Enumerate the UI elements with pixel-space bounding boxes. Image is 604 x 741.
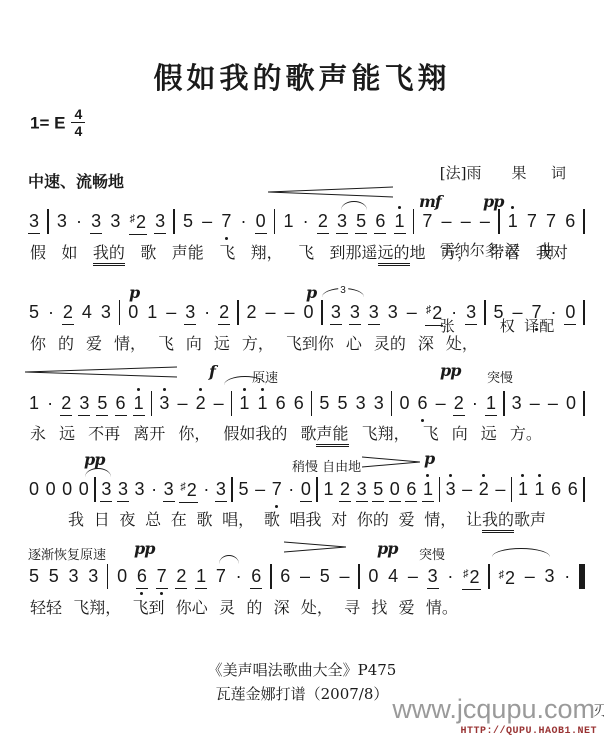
barline bbox=[316, 477, 318, 502]
lyric-group: 处， bbox=[301, 595, 333, 618]
note-token: 0 bbox=[255, 209, 267, 234]
barline bbox=[237, 300, 239, 325]
lyric-group: 你， bbox=[178, 421, 210, 444]
dynamic-mark: f bbox=[209, 362, 215, 381]
note-token: 5 bbox=[337, 391, 349, 415]
note-token: 7 bbox=[215, 564, 227, 588]
tempo-mark: 突慢 bbox=[419, 544, 445, 563]
note-token: 2 bbox=[246, 300, 258, 324]
note-token: 6 bbox=[275, 391, 287, 415]
note-token: 5 bbox=[318, 391, 330, 415]
octave-dot-high bbox=[398, 206, 401, 209]
lyric-group: 飞翔， bbox=[362, 421, 410, 444]
note-token: 7 bbox=[526, 209, 538, 233]
note-token: 3 bbox=[355, 391, 367, 415]
note-token: 3 bbox=[387, 300, 399, 324]
note-token: 1 bbox=[485, 391, 497, 416]
dynamic-mark: pp bbox=[84, 450, 104, 469]
lyric-group: 远 bbox=[214, 331, 230, 354]
source-reference: 《美声唱法歌曲大全》P475 bbox=[0, 659, 604, 680]
note-token: 3 bbox=[87, 564, 99, 588]
lyric-group: 我对 bbox=[536, 240, 568, 263]
lyrics-row-3: 永远不再离开你，假如我的歌声能飞翔，飞向远方。 bbox=[30, 421, 542, 444]
note-token: 6 bbox=[115, 391, 127, 416]
dynamic-mark: pp bbox=[440, 361, 460, 380]
note-token: 3 bbox=[373, 391, 385, 415]
dash-duration: – bbox=[201, 209, 213, 233]
barline bbox=[583, 209, 585, 234]
note-token: 7 bbox=[156, 564, 168, 589]
note-token: 3 bbox=[28, 209, 40, 234]
note-token: ♯2 bbox=[129, 207, 148, 235]
augmentation-dot: · bbox=[302, 209, 310, 233]
note-token: 3 bbox=[154, 209, 166, 234]
note-token: 1 bbox=[195, 564, 207, 589]
octave-dot-high bbox=[482, 474, 485, 477]
key-signature: 1= E44 bbox=[30, 110, 85, 138]
lyrics-row-2: 你的爱情，飞向远方，飞到你心灵的深处， bbox=[30, 331, 478, 354]
lyric-group: 飞 bbox=[423, 421, 439, 444]
note-token: 1 bbox=[256, 391, 268, 415]
note-token: 2 bbox=[218, 300, 230, 325]
note-token: 3 bbox=[134, 477, 146, 501]
decrescendo-hairpin bbox=[362, 455, 420, 473]
barline bbox=[583, 477, 585, 502]
dash-duration: – bbox=[441, 209, 453, 233]
lyric-group: 飞到你 bbox=[286, 331, 334, 354]
note-token: 6 bbox=[405, 477, 417, 502]
lyric-underlined: 我的 bbox=[93, 243, 125, 266]
note-token: ♯2 bbox=[179, 475, 198, 503]
barline bbox=[498, 209, 500, 234]
note-token: 3 bbox=[465, 300, 477, 325]
note-token: 3 bbox=[90, 209, 102, 234]
octave-dot-high bbox=[521, 474, 524, 477]
time-signature-denominator: 4 bbox=[71, 123, 85, 138]
octave-dot-high bbox=[199, 388, 202, 391]
dash-duration: – bbox=[479, 209, 491, 233]
note-token: 3 bbox=[511, 391, 523, 415]
watermark-url-text: HTTP://QUPU.HAOB1.NET bbox=[460, 726, 597, 737]
lyric-group: 你心 bbox=[176, 595, 208, 618]
dash-duration: – bbox=[299, 564, 311, 588]
note-token: 3 bbox=[330, 300, 342, 325]
lyric-group: 在 bbox=[171, 507, 187, 530]
augmentation-dot: · bbox=[47, 300, 55, 324]
barline bbox=[231, 477, 233, 502]
sharp-accidental: ♯ bbox=[180, 481, 186, 493]
lyric-group: 处， bbox=[446, 331, 478, 354]
note-token: 4 bbox=[81, 300, 93, 324]
augmentation-dot: · bbox=[450, 300, 458, 324]
note-token: 7 bbox=[545, 209, 557, 233]
note-token: 0 bbox=[28, 477, 40, 501]
time-signature-numerator: 4 bbox=[71, 107, 85, 123]
dash-duration: – bbox=[435, 391, 447, 415]
note-token: 3 bbox=[445, 477, 457, 501]
lyric-group: 的 bbox=[246, 595, 262, 618]
lyric-group: 情。 bbox=[426, 595, 458, 618]
lyric-group: 方， bbox=[441, 240, 473, 263]
lyric-group: 让我的歌声 bbox=[466, 507, 546, 530]
note-token: 2 bbox=[339, 477, 351, 502]
note-token: 1 bbox=[394, 209, 406, 234]
lyric-group: 爱 bbox=[399, 595, 415, 618]
note-token: 1 bbox=[517, 477, 529, 501]
lyric-group: 向 bbox=[186, 331, 202, 354]
lyric-group: 飞 bbox=[158, 331, 174, 354]
dash-duration: – bbox=[213, 391, 225, 415]
lyric-group: 假如我的 bbox=[223, 421, 287, 444]
dash-duration: – bbox=[529, 391, 541, 415]
dash-duration: – bbox=[254, 477, 266, 501]
barline bbox=[484, 300, 486, 325]
note-token: 5 bbox=[372, 477, 384, 502]
note-token: 2 bbox=[195, 391, 207, 415]
note-token: 3 bbox=[67, 564, 79, 588]
watermark-edge-glyph: 刃 bbox=[593, 699, 604, 720]
sharp-accidental: ♯ bbox=[426, 304, 432, 316]
lyric-group: 不再 bbox=[88, 421, 120, 444]
lyric-group: 如 bbox=[61, 240, 77, 263]
augmentation-dot: · bbox=[203, 300, 211, 324]
note-token: 3 bbox=[100, 300, 112, 324]
note-token: 3 bbox=[427, 564, 439, 589]
note-token: 2 bbox=[453, 391, 465, 416]
note-token: 5 bbox=[355, 209, 367, 234]
dash-duration: – bbox=[524, 564, 536, 588]
note-token: 0 bbox=[389, 477, 401, 502]
sharp-accidental: ♯ bbox=[463, 568, 469, 580]
note-token: 5 bbox=[96, 391, 108, 416]
notes-row-3: 1·235613–2–1166553306–2·13––0 bbox=[28, 390, 585, 416]
barline bbox=[583, 391, 585, 416]
note-token: 5 bbox=[493, 300, 505, 324]
note-token: 3 bbox=[100, 477, 112, 502]
note-token: 6 bbox=[564, 209, 576, 233]
dash-duration: – bbox=[460, 209, 472, 233]
note-token: 1 bbox=[507, 209, 519, 233]
lyric-group: 永 bbox=[30, 421, 46, 444]
octave-dot-high bbox=[511, 206, 514, 209]
sharp-accidental: ♯ bbox=[130, 213, 136, 225]
note-token: 0 bbox=[398, 391, 410, 415]
note-token: 0 bbox=[300, 477, 312, 502]
note-token: 3 bbox=[368, 300, 380, 325]
barline bbox=[413, 209, 415, 234]
barline bbox=[94, 477, 96, 502]
lyric-group: 情， bbox=[424, 507, 456, 530]
barline bbox=[173, 209, 175, 234]
note-token: ♯2 bbox=[498, 563, 517, 590]
dash-duration: – bbox=[512, 300, 524, 324]
barline bbox=[583, 300, 585, 325]
tempo-mark: 突慢 bbox=[487, 367, 513, 386]
dash-duration: – bbox=[176, 391, 188, 415]
notes-row-1: 33·33♯235–7·01·235617–––1776 bbox=[28, 208, 585, 234]
lyric-group: 轻轻 bbox=[30, 595, 62, 618]
lyric-group: 向 bbox=[452, 421, 468, 444]
dash-duration: – bbox=[407, 564, 419, 588]
barline bbox=[270, 564, 272, 589]
barline bbox=[511, 477, 513, 502]
lyric-group: 歌 bbox=[140, 240, 156, 263]
tempo-mark: 原速 bbox=[252, 367, 278, 386]
dynamic-mark: pp bbox=[134, 539, 154, 558]
note-token: 6 bbox=[567, 477, 579, 501]
lyric-group: 远 bbox=[481, 421, 497, 444]
lyric-group: 心 bbox=[346, 331, 362, 354]
note-token: 2 bbox=[478, 477, 490, 501]
lyric-group: 离开 bbox=[133, 421, 165, 444]
note-token: 6 bbox=[136, 564, 148, 589]
note-token: 0 bbox=[78, 477, 90, 501]
note-token: 3 bbox=[349, 300, 361, 325]
note-token: 1 bbox=[283, 209, 295, 233]
octave-dot-high bbox=[449, 474, 452, 477]
note-token: 5 bbox=[48, 564, 60, 588]
augmentation-dot: · bbox=[446, 564, 454, 588]
dash-duration: – bbox=[494, 477, 506, 501]
barline bbox=[321, 300, 323, 325]
augmentation-dot: · bbox=[75, 209, 83, 233]
lyric-group: 找 bbox=[371, 595, 387, 618]
lyric-group: 飞 bbox=[219, 240, 235, 263]
lyric-group: 爱 bbox=[86, 331, 102, 354]
lyric-group: 方， bbox=[242, 331, 274, 354]
lyric-group: 歌 bbox=[264, 507, 280, 530]
note-token: 7 bbox=[530, 300, 542, 324]
note-token: 2 bbox=[317, 209, 329, 234]
barline bbox=[311, 391, 313, 416]
note-token: 3 bbox=[109, 209, 121, 233]
lyric-group: 我的 bbox=[93, 240, 125, 263]
triplet-number: 3 bbox=[338, 285, 348, 296]
lyric-group: 寻 bbox=[344, 595, 360, 618]
octave-dot-high bbox=[163, 388, 166, 391]
note-token: 1 bbox=[146, 300, 158, 324]
note-token: 5 bbox=[319, 564, 331, 588]
sharp-accidental: ♯ bbox=[499, 569, 505, 581]
lyric-group: 深 bbox=[274, 595, 290, 618]
lyric-group: 歌声能 bbox=[300, 421, 348, 444]
note-token: 3 bbox=[117, 477, 129, 502]
octave-dot-high bbox=[426, 474, 429, 477]
lyric-group: 爱 bbox=[399, 507, 415, 530]
barline bbox=[47, 209, 49, 234]
note-token: 0 bbox=[565, 391, 577, 415]
note-token: 0 bbox=[367, 564, 379, 588]
lyric-group: 对 bbox=[331, 507, 347, 530]
watermark-site-text: www.jcqupu.com bbox=[392, 694, 595, 725]
note-token: 3 bbox=[543, 564, 555, 588]
song-title: 假如我的歌声能飞翔 bbox=[0, 56, 604, 97]
dynamic-mark: p bbox=[424, 449, 434, 468]
lyric-underlined: 远的 bbox=[378, 243, 410, 266]
barline bbox=[119, 300, 121, 325]
octave-dot-high bbox=[261, 388, 264, 391]
lyric-group: 深 bbox=[418, 331, 434, 354]
note-token: 1 bbox=[322, 477, 334, 501]
lyric-group: 你 bbox=[30, 331, 46, 354]
note-token: 3 bbox=[184, 300, 196, 325]
time-signature: 44 bbox=[71, 107, 85, 138]
crescendo-hairpin bbox=[268, 185, 393, 203]
note-token: 1 bbox=[534, 477, 546, 501]
dash-duration: – bbox=[406, 300, 418, 324]
lyric-group: 假 bbox=[30, 240, 46, 263]
lyric-group: 带着 bbox=[488, 240, 520, 263]
note-token: 5 bbox=[238, 477, 250, 501]
sheet-music-page: 假如我的歌声能飞翔 1= E44 [法]雨 果 词 雷纳尔多·汉 曲 张 权 译… bbox=[0, 0, 604, 741]
barline bbox=[503, 391, 505, 416]
key-prefix: 1= E bbox=[30, 113, 65, 132]
crescendo-hairpin bbox=[25, 365, 177, 383]
note-token: 6 bbox=[374, 209, 386, 234]
notes-row-4: 0000333·3♯2·35–7·012350613–2–1166 bbox=[28, 476, 585, 502]
note-token: ♯2 bbox=[425, 298, 444, 326]
note-token: 1 bbox=[28, 391, 40, 415]
note-token: 6 bbox=[250, 564, 262, 589]
augmentation-dot: · bbox=[46, 391, 54, 415]
augmentation-dot: · bbox=[150, 477, 158, 501]
note-token: 3 bbox=[158, 391, 170, 415]
octave-dot-low bbox=[535, 328, 538, 331]
barline bbox=[151, 391, 153, 416]
dash-duration: – bbox=[165, 300, 177, 324]
note-token: 7 bbox=[271, 477, 283, 501]
note-token: 0 bbox=[61, 477, 73, 501]
note-token: 7 bbox=[421, 209, 433, 233]
notes-row-2: 5·24301–3·22––03333–♯2·35–7·0 bbox=[28, 299, 585, 325]
note-token: 0 bbox=[127, 300, 139, 324]
augmentation-dot: · bbox=[240, 209, 248, 233]
note-token: 2 bbox=[62, 300, 74, 325]
note-token: 6 bbox=[293, 391, 305, 415]
note-token: 0 bbox=[302, 300, 314, 324]
decrescendo-hairpin bbox=[284, 540, 346, 558]
dash-duration: – bbox=[338, 564, 350, 588]
lyric-group: 唱， bbox=[222, 507, 254, 530]
note-token: 5 bbox=[28, 300, 40, 324]
barline bbox=[231, 391, 233, 416]
lyric-group: 方。 bbox=[510, 421, 542, 444]
barline bbox=[107, 564, 109, 589]
barline bbox=[358, 564, 360, 589]
dash-duration: – bbox=[283, 300, 295, 324]
note-token: 6 bbox=[279, 564, 291, 588]
note-token: 1 bbox=[238, 391, 250, 415]
lyric-group: 飞翔， bbox=[73, 595, 121, 618]
lyrics-row-1: 假如我的歌声能飞翔，飞到那遥远的地方，带着我对 bbox=[30, 240, 568, 263]
note-token: 4 bbox=[387, 564, 399, 588]
note-token: ♯2 bbox=[462, 562, 481, 590]
lyric-group: 飞 bbox=[298, 240, 314, 263]
lyric-group: 翔， bbox=[251, 240, 283, 263]
barline bbox=[439, 477, 441, 502]
lyric-group: 你的 bbox=[357, 507, 389, 530]
slur-arc bbox=[492, 548, 550, 557]
octave-dot-high bbox=[243, 388, 246, 391]
dynamic-mark: pp bbox=[377, 539, 397, 558]
augmentation-dot: · bbox=[471, 391, 479, 415]
lyric-group: 夜 bbox=[119, 507, 135, 530]
lyric-group: 唱我 bbox=[290, 507, 322, 530]
lyric-group: 飞到 bbox=[133, 595, 165, 618]
lyric-group: 的 bbox=[58, 331, 74, 354]
octave-dot-high bbox=[538, 474, 541, 477]
lyric-underlined: 我的 bbox=[482, 510, 514, 533]
note-token: 5 bbox=[182, 209, 194, 233]
augmentation-dot: · bbox=[235, 564, 243, 588]
note-token: 7 bbox=[220, 209, 232, 233]
note-token: 2 bbox=[60, 391, 72, 416]
note-token: 0 bbox=[564, 300, 576, 325]
lyric-underlined: 声能 bbox=[316, 424, 348, 447]
lyric-group: 日 bbox=[94, 507, 110, 530]
lyricist-credit: [法]雨 果 词 bbox=[440, 161, 566, 187]
notes-row-5: 5533067217·66–5–04–3·♯2♯2–3· bbox=[28, 563, 585, 589]
barline bbox=[274, 209, 276, 234]
note-token: 2 bbox=[175, 564, 187, 589]
tempo-mark: 逐渐恢复原速 bbox=[28, 544, 106, 563]
note-token: 3 bbox=[56, 209, 68, 233]
note-token: 3 bbox=[356, 477, 368, 502]
note-token: 5 bbox=[28, 564, 40, 588]
augmentation-dot: · bbox=[563, 564, 571, 588]
lyric-group: 远 bbox=[59, 421, 75, 444]
note-token: 6 bbox=[417, 391, 429, 415]
lyrics-row-4: 我日夜总在歌唱，歌唱我对你的爱情，让我的歌声 bbox=[68, 507, 546, 530]
tempo-heading: 中速、流畅地 bbox=[28, 169, 124, 192]
lyric-group: 声能 bbox=[172, 240, 204, 263]
note-token: 6 bbox=[550, 477, 562, 501]
augmentation-dot: · bbox=[549, 300, 557, 324]
note-token: 3 bbox=[163, 477, 175, 502]
dash-duration: – bbox=[547, 391, 559, 415]
barline bbox=[488, 564, 490, 589]
note-token: 1 bbox=[133, 391, 145, 416]
dash-duration: – bbox=[265, 300, 277, 324]
note-token: 0 bbox=[45, 477, 57, 501]
lyric-group: 到那遥远的地 bbox=[330, 240, 426, 263]
barline bbox=[391, 391, 393, 416]
final-barline bbox=[579, 564, 585, 589]
lyric-group: 我 bbox=[68, 507, 84, 530]
lyrics-row-5: 轻轻飞翔，飞到你心灵的深处，寻找爱情。 bbox=[30, 595, 458, 618]
octave-dot-high bbox=[137, 388, 140, 391]
note-token: 3 bbox=[215, 477, 227, 502]
augmentation-dot: · bbox=[287, 477, 295, 501]
lyric-group: 总 bbox=[145, 507, 161, 530]
note-token: 3 bbox=[78, 391, 90, 416]
dash-duration: – bbox=[461, 477, 473, 501]
note-token: 3 bbox=[336, 209, 348, 234]
lyric-group: 灵的 bbox=[374, 331, 406, 354]
note-token: 1 bbox=[422, 477, 434, 502]
lyric-group: 情， bbox=[114, 331, 146, 354]
lyric-group: 灵 bbox=[219, 595, 235, 618]
note-token: 0 bbox=[116, 564, 128, 588]
augmentation-dot: · bbox=[202, 477, 210, 501]
tempo-mark: 稍慢 自由地 bbox=[292, 456, 361, 475]
lyric-group: 歌 bbox=[196, 507, 212, 530]
